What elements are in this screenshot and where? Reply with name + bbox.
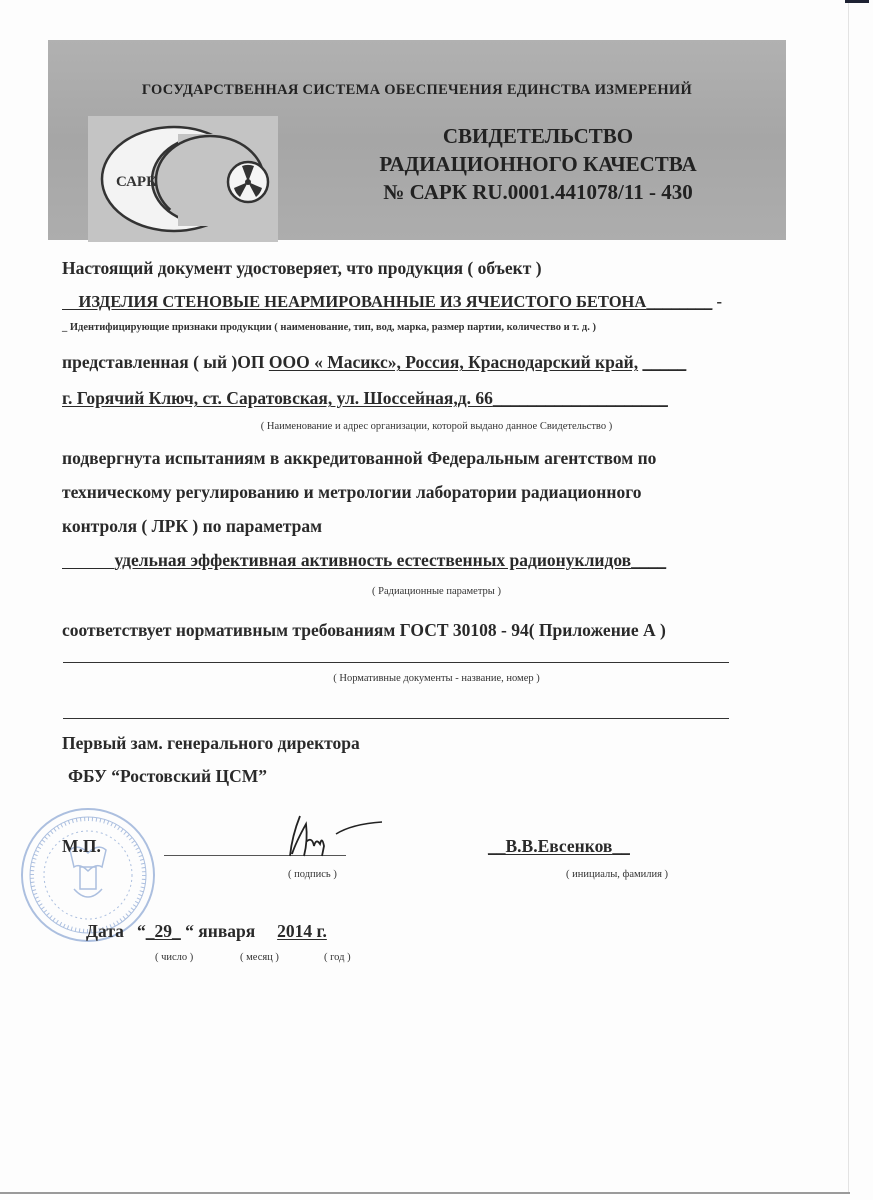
intro-text: Настоящий документ удостоверяет, что про… (62, 258, 542, 279)
organization-line2: г. Горячий Ключ, ст. Саратовская, ул. Шо… (62, 388, 493, 408)
product-name: ИЗДЕЛИЯ СТЕНОВЫЕ НЕАРМИРОВАННЫЕ ИЗ ЯЧЕИС… (62, 292, 712, 311)
system-title: ГОСУДАРСТВЕННАЯ СИСТЕМА ОБЕСПЕЧЕНИЯ ЕДИН… (48, 82, 786, 99)
seal-label: М.П. (62, 836, 101, 857)
page-edge-right (848, 0, 849, 1194)
month-caption: ( месяц ) (240, 952, 279, 963)
blank-rule (63, 718, 729, 719)
signatory-name: В.В.Евсенков (506, 836, 613, 856)
handwritten-signature-icon (278, 812, 388, 862)
product-caption: _ Идентифицирующие признаки продукции ( … (62, 322, 596, 333)
date-month: января (198, 921, 255, 941)
organization-line1: ООО « Масикс», Россия, Краснодарский кра… (269, 352, 638, 372)
cert-title-line2: РАДИАЦИОННОГО КАЧЕСТВА (338, 150, 738, 178)
scan-corner-mark (845, 0, 869, 3)
compliance-line: соответствует нормативным требованиям ГО… (62, 620, 666, 641)
product-line: ИЗДЕЛИЯ СТЕНОВЫЕ НЕАРМИРОВАННЫЕ ИЗ ЯЧЕИС… (62, 292, 722, 312)
presented-by-line: представленная ( ый )ОП ООО « Масикс», Р… (62, 352, 686, 373)
signatory-organization: ФБУ “Ростовский ЦСМ” (68, 766, 267, 787)
date-label: Дата (86, 921, 124, 941)
presented-by-label: представленная ( ый )ОП (62, 352, 264, 372)
date-line: Дата “_29_ “ января 2014 г. (86, 921, 327, 942)
radiation-parameters: удельная эффективная активность естестве… (115, 550, 632, 570)
parameters-line: удельная эффективная активность естестве… (62, 550, 666, 571)
cert-title-line1: СВИДЕТЕЛЬСТВО (338, 122, 738, 150)
normative-caption: ( Нормативные документы - название, номе… (0, 673, 873, 684)
organization-address-line: г. Горячий Ключ, ст. Саратовская, ул. Шо… (62, 388, 668, 409)
radiation-crescent-icon: САРК (88, 116, 278, 242)
organization-caption: ( Наименование и адрес организации, кото… (0, 421, 873, 432)
sark-logo: САРК (88, 116, 278, 242)
signature-caption: ( подпись ) (288, 869, 337, 880)
page-edge-bottom (0, 1192, 850, 1194)
day-caption: ( число ) (155, 952, 193, 963)
certificate-number: № САРК RU.0001.441078/11 - 430 (338, 178, 738, 206)
certificate-header: ГОСУДАРСТВЕННАЯ СИСТЕМА ОБЕСПЕЧЕНИЯ ЕДИН… (48, 40, 786, 240)
date-year: 2014 г. (277, 921, 327, 941)
svg-text:САРК: САРК (116, 174, 157, 190)
name-caption: ( инициалы, фамилия ) (566, 869, 668, 880)
year-caption: ( год ) (324, 952, 351, 963)
tested-line3: контроля ( ЛРК ) по параметрам (62, 516, 322, 537)
tested-line1: подвергнута испытаниям в аккредитованной… (62, 448, 656, 469)
normative-rule (63, 662, 729, 663)
signatory-position: Первый зам. генерального директора (62, 733, 360, 754)
tested-line2: техническому регулированию и метрологии … (62, 482, 641, 503)
signatory-name-line: __В.В.Евсенков__ (488, 836, 630, 857)
date-day: 29 (155, 921, 173, 941)
certificate-title: СВИДЕТЕЛЬСТВО РАДИАЦИОННОГО КАЧЕСТВА № С… (338, 122, 738, 206)
parameters-caption: ( Радиационные параметры ) (0, 586, 873, 597)
